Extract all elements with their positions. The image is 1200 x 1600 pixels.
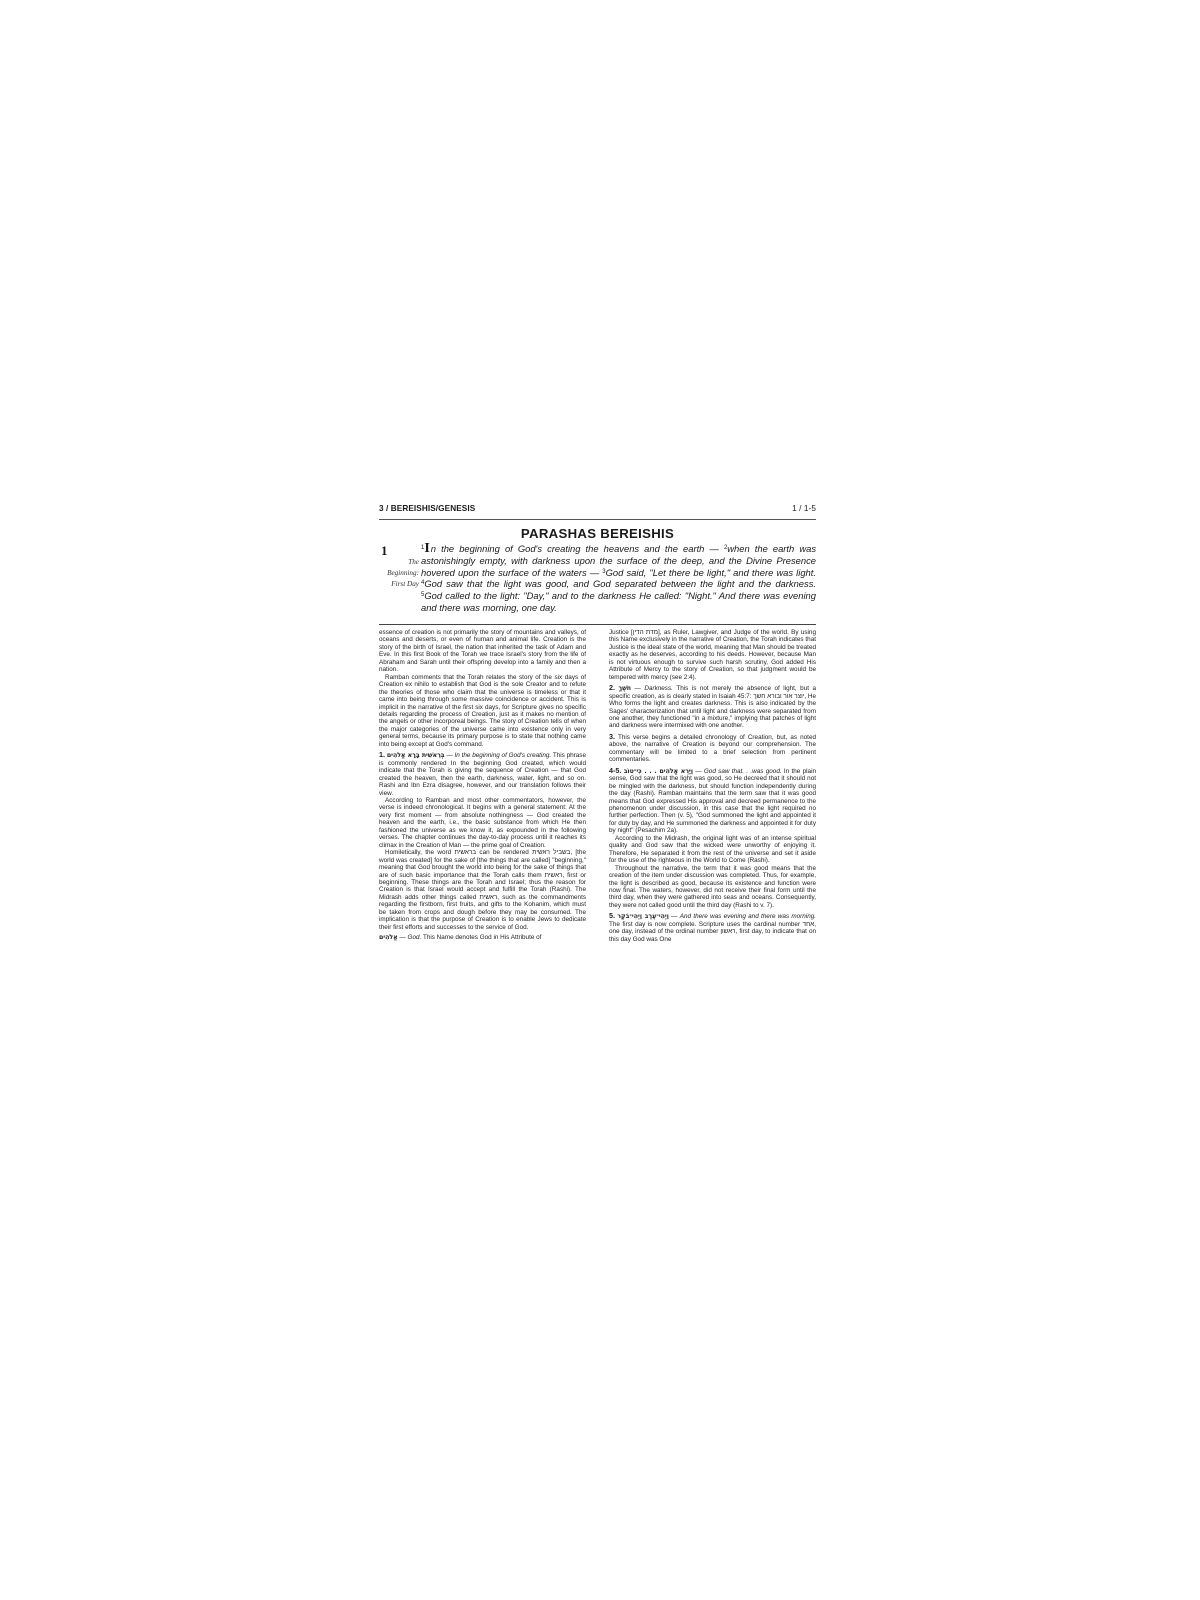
lemma-gloss: God. [408, 934, 422, 941]
hebrew-lemma: וַיַּרְא אֱלֹהִים . . . כִּי־טוֹב [624, 768, 693, 775]
commentary-paragraph: essence of creation is not primarily the… [379, 629, 586, 674]
commentary-lemma: 4-5. וַיַּרְא אֱלֹהִים . . . כִּי־טוֹב —… [609, 767, 816, 835]
margin-note: The Beginning: First Day [379, 557, 419, 590]
running-head: 3 / BEREISHIS/GENESIS 1 / 1-5 [379, 504, 816, 520]
hebrew-lemma: חֹשֶׁךְ [619, 685, 632, 692]
running-head-reference: 1 / 1-5 [792, 504, 816, 513]
commentary-column-left: essence of creation is not primarily the… [379, 629, 586, 943]
verse-4: God saw that the light was good, and God… [424, 578, 816, 589]
commentary-text: Justice [מדת הדין], as Ruler, Lawgiver, … [609, 629, 816, 681]
book-page: 3 / BEREISHIS/GENESIS 1 / 1-5 PARASHAS B… [379, 504, 816, 943]
commentary-text: In the plain sense, God saw that the lig… [609, 768, 816, 835]
commentary-lemma: 3. This verse begins a detailed chronolo… [609, 733, 816, 764]
commentary-paragraph: Justice [מדת הדין], as Ruler, Lawgiver, … [609, 629, 816, 681]
section-divider [379, 624, 816, 625]
commentary-paragraph: According to the Midrash, the original l… [609, 835, 816, 865]
commentary: essence of creation is not primarily the… [379, 629, 816, 943]
margin-note-line: First Day [379, 579, 419, 590]
drop-cap: I [424, 541, 429, 556]
commentary-column-right: Justice [מדת הדין], as Ruler, Lawgiver, … [609, 629, 816, 943]
commentary-text: Homiletically, the word בראשית can be re… [379, 849, 586, 931]
commentary-paragraph: According to Ramban and most other comme… [379, 797, 586, 849]
lemma-gloss: And there was evening and there was morn… [680, 913, 816, 920]
verse-1: n the beginning of God's creating the he… [431, 543, 719, 554]
lemma-gloss: God saw that. . .was good. [704, 768, 782, 775]
commentary-text: essence of creation is not primarily the… [379, 629, 586, 673]
hebrew-lemma: אֱלֹהִים [379, 934, 398, 941]
commentary-text: This phrase is commonly rendered In the … [379, 752, 586, 796]
commentary-lemma: 1. בְּרֵאשִׁית בָּרָא אֱלֹהִים — In the … [379, 751, 586, 797]
commentary-text: Throughout the narrative, the term that … [609, 865, 816, 909]
verse-3: God said, "Let there be light," and ther… [606, 567, 816, 578]
commentary-text: This is not merely the absence of light,… [609, 685, 816, 729]
parasha-title: PARASHAS BEREISHIS [379, 526, 816, 543]
commentary-text: This verse begins a detailed chronology … [609, 734, 816, 763]
commentary-lemma: 5. וַיְהִי־עֶרֶב וַיְהִי־בֹקֶר — And the… [609, 912, 816, 943]
verse-translation: 1In the beginning of God's creating the … [421, 543, 816, 614]
lemma-number: 3. [609, 732, 615, 741]
commentary-lemma: 2. חֹשֶׁךְ — Darkness. This is not merel… [609, 684, 816, 730]
lemma-number: 2. [609, 683, 615, 692]
commentary-paragraph: Homiletically, the word בראשית can be re… [379, 849, 586, 931]
verse-block: 1 The Beginning: First Day 1In the begin… [379, 543, 816, 623]
lemma-gloss: Darkness. [644, 685, 673, 692]
commentary-paragraph: Ramban comments that the Torah relates t… [379, 674, 586, 749]
commentary-text: This Name denotes God in His Attribute o… [423, 934, 541, 941]
commentary-text: Ramban comments that the Torah relates t… [379, 674, 586, 748]
verse-5: God called to the light: "Day," and to t… [421, 590, 816, 613]
margin-note-line: Beginning: [379, 568, 419, 579]
lemma-gloss: In the beginning of God's creating. [455, 752, 552, 759]
commentary-text: According to the Midrash, the original l… [609, 835, 816, 864]
commentary-lemma: אֱלֹהִים — God. This Name denotes God in… [379, 934, 586, 941]
commentary-paragraph: Throughout the narrative, the term that … [609, 865, 816, 910]
commentary-text: According to Ramban and most other comme… [379, 797, 586, 849]
lemma-number: 4-5. [609, 766, 621, 775]
hebrew-lemma: וַיְהִי־עֶרֶב וַיְהִי־בֹקֶר [617, 913, 669, 920]
hebrew-lemma: בְּרֵאשִׁית בָּרָא אֱלֹהִים [387, 752, 445, 759]
running-head-title: 3 / BEREISHIS/GENESIS [379, 504, 475, 513]
margin-note-line: The [379, 557, 419, 568]
lemma-number: 1. [379, 750, 385, 759]
commentary-text: The first day is now complete. Scripture… [609, 921, 816, 943]
lemma-number: 5. [609, 911, 615, 920]
